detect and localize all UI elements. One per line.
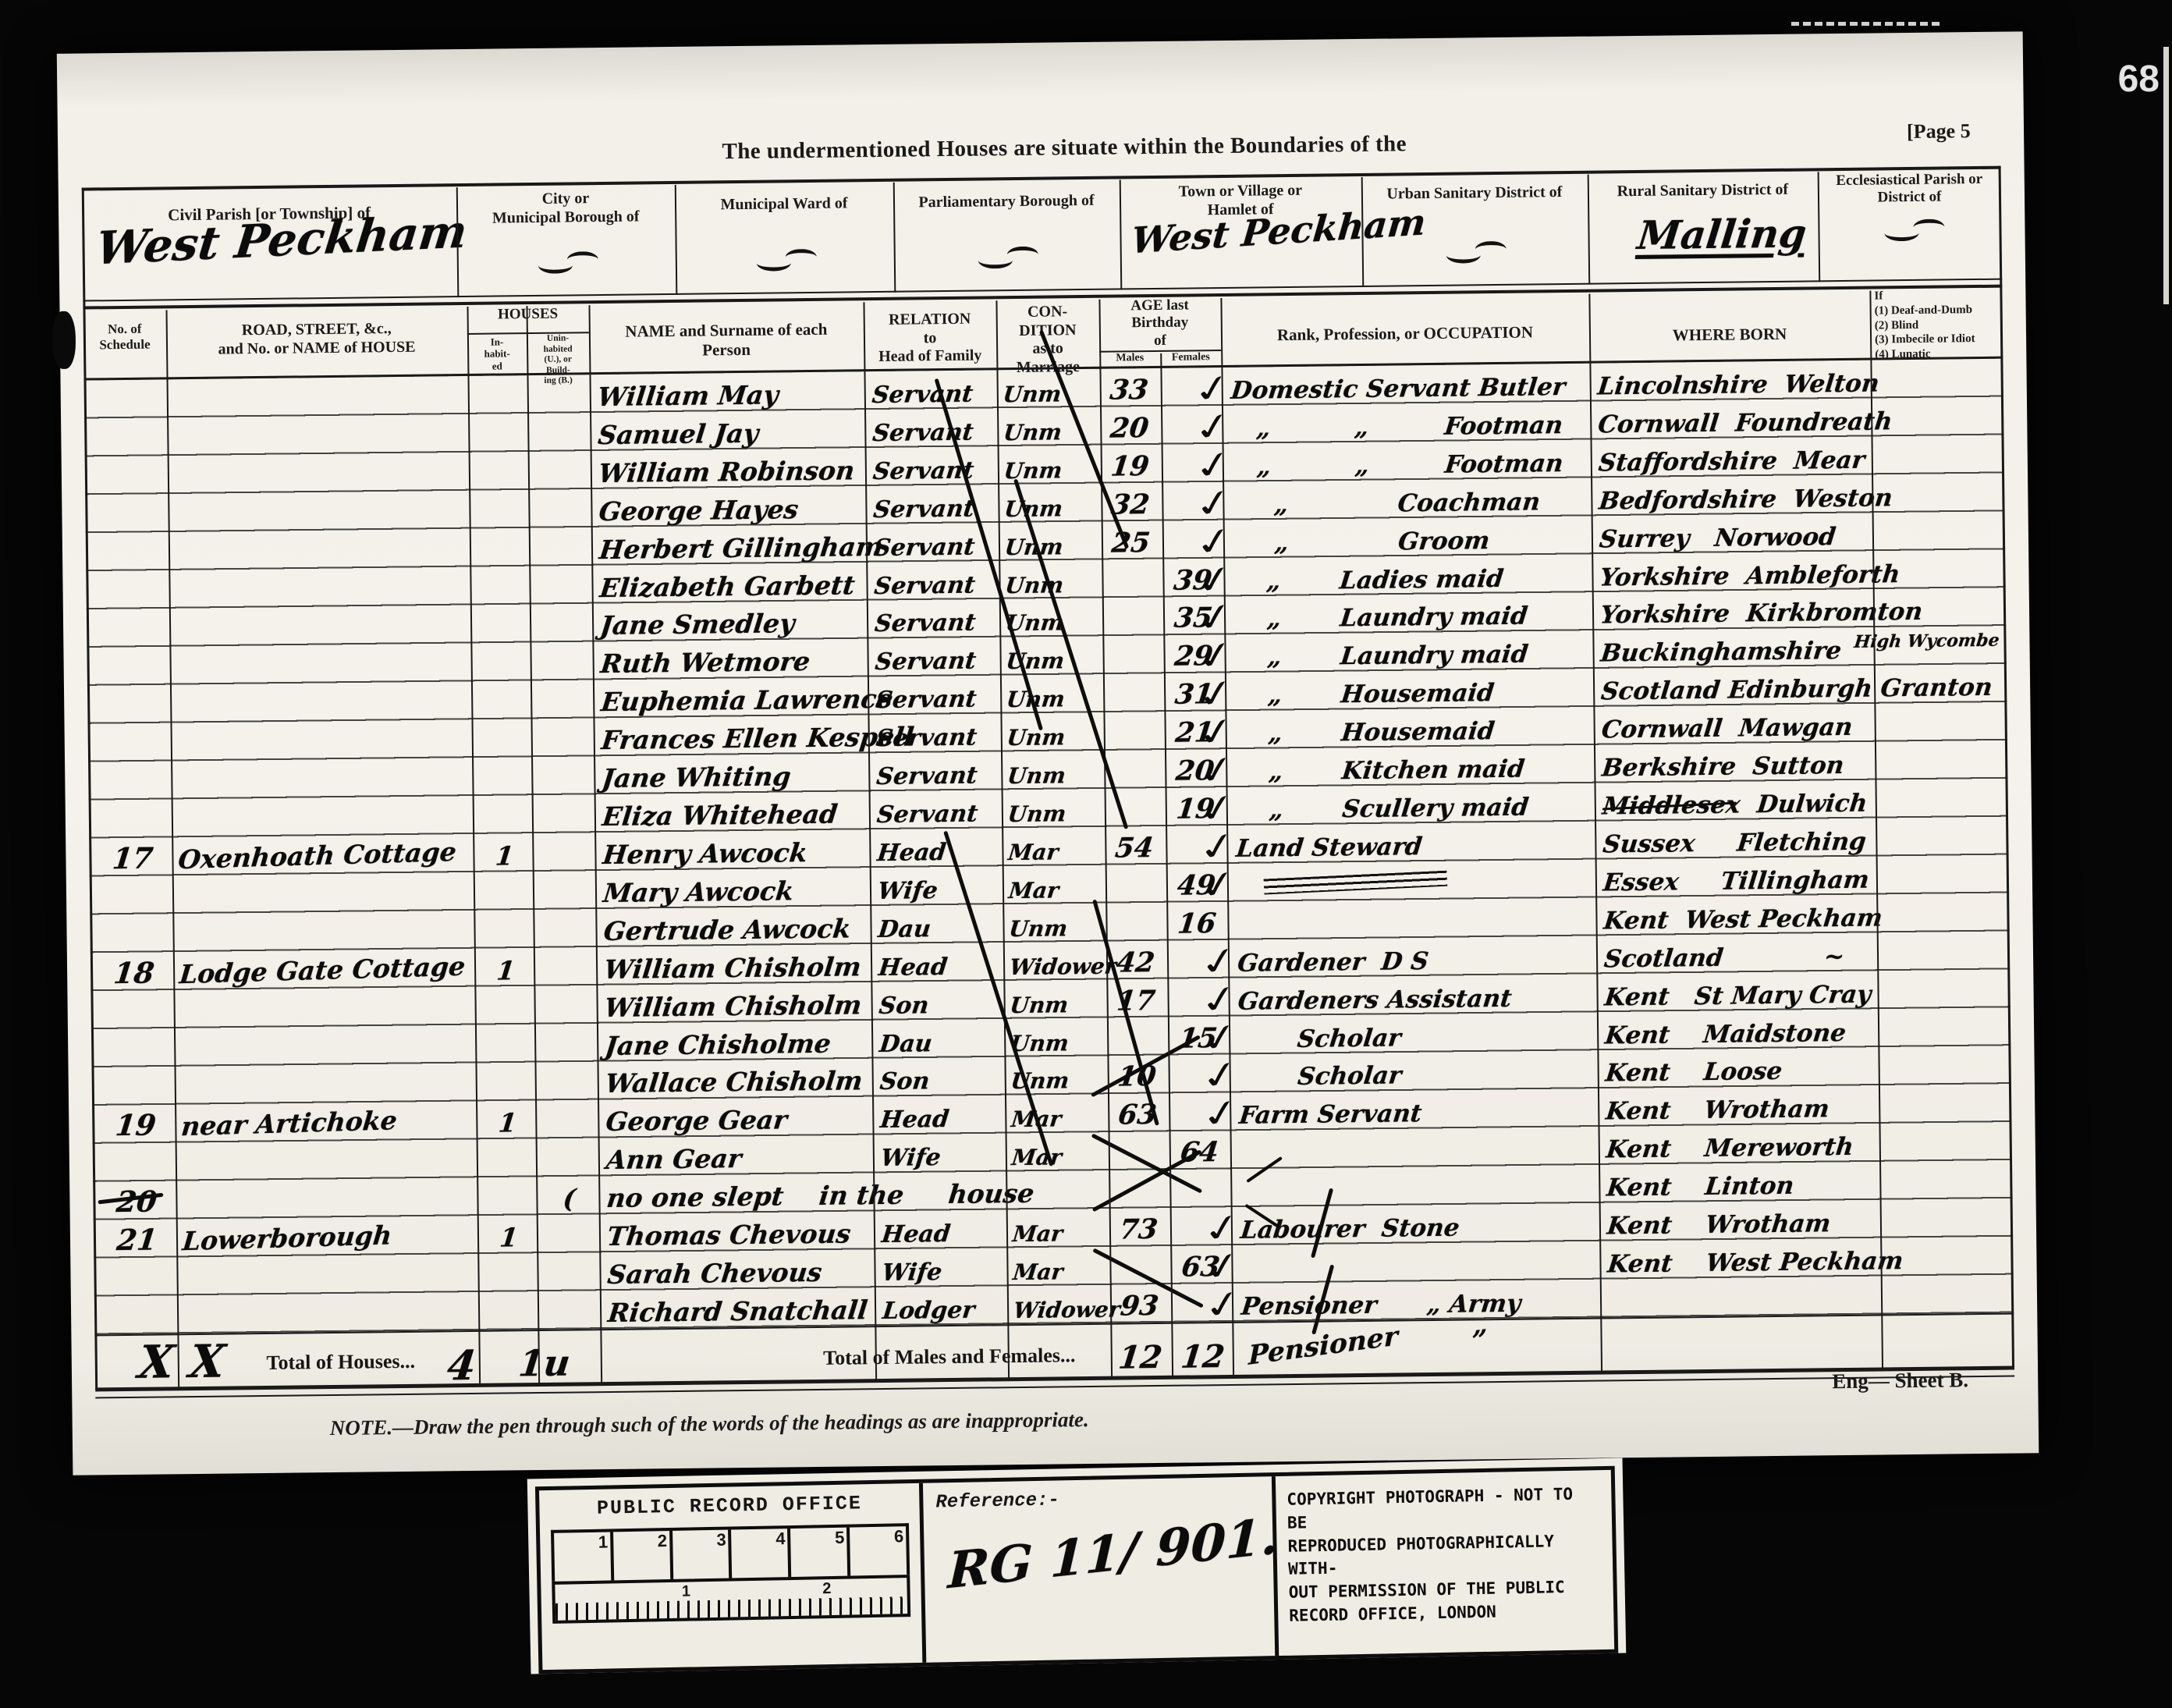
ruler-inch-number: 4 <box>775 1529 786 1549</box>
total-males-females-label: Total of Males and Females... <box>782 1344 1117 1371</box>
age-male: 93 <box>1104 1290 1175 1323</box>
age-male: 10 <box>1102 1060 1173 1093</box>
relation-to-head: Head <box>879 1106 951 1134</box>
relation-to-head: Wife <box>879 1144 942 1172</box>
header-inhabited: In- habit- ed <box>467 336 527 372</box>
birthplace: Buckinghamshire High Wycombe <box>1599 635 2000 668</box>
relation-to-head: Servant <box>871 381 974 410</box>
public-record-office-stamp: PUBLIC RECORD OFFICE 123456 12 Reference… <box>527 1458 1627 1674</box>
occupation: Gardeners Assistant <box>1237 984 1514 1015</box>
marital-condition: Unm <box>1009 1030 1070 1056</box>
marital-condition: Unm <box>1006 724 1066 751</box>
houses-inhabited: 1 <box>477 1222 540 1253</box>
marital-condition: Unm <box>1004 572 1065 598</box>
person-name: Mary Awcock <box>602 875 795 908</box>
relation-to-head: Dau <box>877 915 932 943</box>
schedule-number: 18 <box>92 955 176 990</box>
ruler-centimetres: 12 <box>552 1575 910 1624</box>
ruler-cm-number: 1 <box>682 1583 691 1601</box>
address: near Artichoke <box>180 1106 399 1142</box>
person-name: Gertrude Awcock <box>602 913 853 946</box>
birthplace: Middlesex Dulwich <box>1601 790 1869 821</box>
person-name: Ruth Wetmore <box>599 646 811 679</box>
birthplace: Lincolnshire Welton <box>1596 369 1881 400</box>
ruler-inch-number: 3 <box>716 1530 726 1550</box>
header-relation: RELATION to Head of Family <box>864 310 997 367</box>
header-age: AGE last Birthday of <box>1098 297 1221 350</box>
header-occupation: Rank, Profession, or OCCUPATION <box>1221 322 1589 346</box>
relation-to-head: Son <box>878 1068 931 1096</box>
birthplace-superscript: High Wycombe <box>1841 630 2000 652</box>
age-male: 54 <box>1099 832 1170 865</box>
person-name: Richard Snatchall <box>606 1294 869 1328</box>
age-male: 25 <box>1095 526 1166 559</box>
header-males: Males <box>1099 352 1160 365</box>
ruler-inch-number: 5 <box>835 1528 845 1548</box>
birthplace: Kent Wrotham <box>1606 1209 1832 1240</box>
occupation: Labourer Stone <box>1239 1214 1460 1245</box>
relation-to-head: Head <box>877 953 949 982</box>
census-rows: William May Servant Unm 33 Domestic Serv… <box>84 359 2014 1335</box>
marital-condition: Unm <box>1009 992 1070 1018</box>
relation-to-head: Servant <box>871 418 975 447</box>
ecclesiastical-parish-label: Ecclesiastical Parish or District of <box>1818 171 2001 208</box>
address: Oxenhoath Cottage <box>177 836 458 875</box>
municipal-ward-value <box>757 254 817 275</box>
relation-to-head: Head <box>880 1220 952 1248</box>
occupation: Farm Servant <box>1238 1100 1424 1131</box>
folio-number: 68 <box>2118 58 2160 101</box>
age-female: 16 <box>1161 907 1233 940</box>
ink-blob <box>52 311 76 369</box>
birthplace: Cornwall Foundreath <box>1596 407 1893 439</box>
houses-inhabited: 1 <box>474 840 536 872</box>
ruler-ticks <box>555 1596 907 1621</box>
stamp-office-title: PUBLIC RECORD OFFICE <box>550 1491 908 1521</box>
sheet-label: Eng— Sheet B. <box>1832 1368 1968 1394</box>
marital-condition: Mar <box>1010 1145 1063 1171</box>
total-houses-uninhabited-value: 1u <box>516 1342 572 1385</box>
occupation: Land Steward <box>1235 833 1424 863</box>
pen-squiggle <box>1913 218 1944 235</box>
marital-condition: Mar <box>1007 877 1060 904</box>
total-houses-label: Total of Houses... <box>212 1349 470 1376</box>
ruler-inch-cell: 5 <box>790 1528 850 1577</box>
birthplace: Kent West Peckham <box>1602 904 1884 935</box>
occupation: „ „ Footman <box>1230 411 1565 443</box>
census-sheet: The undermentioned Houses are situate wi… <box>57 31 2039 1475</box>
age-male: 73 <box>1103 1213 1174 1246</box>
urban-sanitary-label: Urban Sanitary District of <box>1361 183 1588 204</box>
person-name: Thomas Chevous <box>605 1219 852 1252</box>
reference-value: RG 11/ 901. <box>947 1507 1279 1601</box>
birthplace: Sussex Fletching <box>1602 828 1868 859</box>
total-females-value: 12 <box>1167 1338 1238 1376</box>
ruler-inch-cell: 6 <box>850 1526 907 1575</box>
birthplace: Surrey Norwood <box>1598 523 1837 553</box>
person-name: Elizabeth Garbett <box>598 570 857 603</box>
ruler-inch-number: 2 <box>657 1531 667 1551</box>
birthplace: Cornwall Mawgan <box>1600 713 1854 744</box>
person-name: Jane Chisholme <box>603 1028 832 1060</box>
person-name: William Chisholm <box>602 951 863 985</box>
birthplace: Bedfordshire Weston <box>1598 484 1894 515</box>
marital-condition: Unm <box>1006 762 1067 789</box>
birthplace: Essex Tillingham <box>1602 865 1871 897</box>
age-male: 63 <box>1102 1099 1173 1131</box>
paper-edge-sliver <box>2163 47 2169 304</box>
relation-to-head: Servant <box>873 571 977 600</box>
person-name: Euphemia Lawrence <box>599 684 894 717</box>
relation-to-head: Lodger <box>881 1297 976 1325</box>
person-name: Herbert Gillingham <box>598 531 885 564</box>
occupation: „ Laundry maid <box>1233 641 1530 672</box>
occupation: „ Scullery maid <box>1234 794 1530 825</box>
marital-condition: Unm <box>1006 801 1067 827</box>
address: Lowerborough <box>181 1220 393 1257</box>
pen-squiggle <box>1475 241 1507 257</box>
person-name: Henry Awcock <box>602 837 809 870</box>
birthplace: Yorkshire Ambleforth <box>1599 560 1902 591</box>
address: Lodge Gate Cottage <box>178 950 467 989</box>
marital-condition: Unm <box>1003 419 1063 446</box>
marital-condition: Unm <box>1005 648 1066 675</box>
city-borough-value <box>538 257 598 278</box>
header-road: ROAD, STREET, &c., and No. or NAME of HO… <box>166 319 468 360</box>
marital-condition: Unm <box>1010 1068 1070 1095</box>
person-name: George Hayes <box>598 494 800 527</box>
person-name: Wallace Chisholm <box>604 1066 864 1099</box>
birthplace: Yorkshire Kirkbromton <box>1599 598 1924 630</box>
ruler-inch-cell: 1 <box>554 1532 614 1581</box>
birthplace: Kent West Peckham <box>1606 1247 1905 1278</box>
marital-condition: Unm <box>1002 381 1063 407</box>
header-females: Females <box>1160 351 1221 364</box>
total-males-value: 12 <box>1105 1339 1176 1376</box>
relation-to-head: Servant <box>875 724 978 753</box>
relation-to-head: Servant <box>873 609 977 638</box>
pen-squiggle <box>1007 247 1038 263</box>
relation-to-head: Son <box>878 992 930 1020</box>
birthplace: Berkshire Sutton <box>1600 751 1845 783</box>
parliamentary-borough-label: Parliamentary Borough of <box>893 191 1120 212</box>
header-where-born: WHERE BORN <box>1589 324 1870 346</box>
birthplace: Kent St Mary Cray <box>1603 980 1872 1011</box>
rural-sanitary-label: Rural Sanitary District of <box>1588 180 1818 201</box>
marital-condition: Mar <box>1012 1259 1065 1285</box>
schedule-number: 21 <box>95 1222 179 1257</box>
relation-to-head: Servant <box>875 762 979 791</box>
age-male: 19 <box>1095 450 1166 483</box>
person-name: William May <box>596 379 780 412</box>
schedule-number: 19 <box>94 1108 178 1143</box>
birthplace: Scotland Edinburgh Granton <box>1599 673 1993 706</box>
occupation: „ Housemaid <box>1233 717 1496 748</box>
ecclesiastical-parish-value <box>1884 224 1944 245</box>
occupation: „ „ Footman <box>1230 449 1564 481</box>
occupation: „ Housemaid <box>1233 679 1496 710</box>
header-schedule: No. of Schedule <box>83 321 166 353</box>
occupation: „ Groom <box>1231 527 1491 558</box>
age-male: 33 <box>1094 374 1165 407</box>
stamp-copyright-section: COPYRIGHT PHOTOGRAPH - NOT TO BE REPRODU… <box>1276 1470 1614 1656</box>
birthplace: Kent Linton <box>1606 1172 1796 1202</box>
occupation: Gardener D S <box>1236 947 1430 978</box>
corner-dashes <box>1791 22 1940 26</box>
pen-squiggle <box>567 251 598 268</box>
person-name: William Robinson <box>597 455 856 488</box>
occupation: Scholar <box>1237 1062 1403 1092</box>
birthplace: Kent Wrotham <box>1604 1095 1830 1126</box>
age-male: 17 <box>1101 984 1172 1017</box>
relation-to-head: Servant <box>872 495 976 524</box>
occupation: „ Ladies maid <box>1232 564 1505 595</box>
houses-uninhabited: ( <box>537 1183 602 1214</box>
header-name: NAME and Surname of each Person <box>589 319 864 361</box>
census-photograph: { "page": { "folio_number": "68", "page_… <box>0 0 2172 1708</box>
ruler-inch-cell: 4 <box>732 1529 792 1578</box>
person-name: Samuel Jay <box>597 418 761 450</box>
relation-to-head: Servant <box>875 801 979 829</box>
relation-to-head: Servant <box>872 533 976 562</box>
age-male: 20 <box>1095 412 1166 445</box>
relation-to-head: Servant <box>874 648 978 676</box>
parliamentary-borough-value <box>978 252 1038 273</box>
person-name: Jane Smedley <box>598 609 796 641</box>
person-name: Jane Whiting <box>601 761 793 794</box>
reference-label: Reference:- <box>935 1486 1259 1513</box>
ruler-inch-number: 6 <box>894 1526 904 1546</box>
birthplace: Kent Mereworth <box>1605 1133 1855 1164</box>
person-name: Sarah Chevous <box>606 1257 824 1290</box>
marital-condition: Mar <box>1007 839 1060 865</box>
occupation: „ Laundry maid <box>1232 602 1529 634</box>
relation-to-head: Wife <box>881 1259 943 1287</box>
birthplace: Scotland ~ <box>1602 943 1846 974</box>
birthplace: Staffordshire Mear <box>1597 446 1866 477</box>
occupation: „ Coachman <box>1231 488 1542 520</box>
header-infirmity: If (1) Deaf-and-Dumb (2) Blind (3) Imbec… <box>1871 288 2006 363</box>
municipal-ward-label: Municipal Ward of <box>675 194 893 215</box>
houses-inhabited: 1 <box>477 1107 539 1138</box>
ruler-inch-cell: 2 <box>613 1531 673 1580</box>
ruler-inches: 123456 <box>551 1523 910 1582</box>
relation-to-head: Servant <box>874 686 978 715</box>
occupation: Scholar <box>1237 1024 1402 1053</box>
pen-squiggle <box>786 249 817 265</box>
relation-to-head: Head <box>876 839 948 867</box>
ruler-inch-cell: 3 <box>673 1529 733 1578</box>
rural-sanitary-value: Malling <box>1635 210 1809 258</box>
urban-sanitary-value <box>1446 247 1507 268</box>
marital-condition: Mar <box>1011 1221 1064 1248</box>
ruler-inch-number: 1 <box>598 1532 609 1553</box>
person-name: William Chisholm <box>603 989 864 1023</box>
houses-inhabited: 1 <box>474 955 537 986</box>
birthplace: Kent Loose <box>1604 1057 1783 1088</box>
ruler-cm-number: 2 <box>822 1580 832 1598</box>
person-name: no one slept in the house <box>605 1178 1036 1213</box>
relation-to-head: Dau <box>878 1030 933 1058</box>
stamp-reference-section: Reference:- RG 11/ 901. <box>923 1476 1279 1663</box>
marital-condition: Unm <box>1003 495 1064 522</box>
schedule-number: 17 <box>91 840 175 875</box>
stamp-ruler-section: PUBLIC RECORD OFFICE 123456 12 <box>539 1483 926 1670</box>
city-borough-label: City or Municipal Borough of <box>456 189 676 228</box>
table-grid: Civil Parish [or Township] of City or Mu… <box>80 32 2016 1475</box>
marital-condition: Unm <box>1003 457 1063 484</box>
stamp-frame: PUBLIC RECORD OFFICE 123456 12 Reference… <box>535 1466 1618 1674</box>
copyright-text: COPYRIGHT PHOTOGRAPH - NOT TO BE REPRODU… <box>1287 1483 1602 1628</box>
occupation: Domestic Servant Butler <box>1230 373 1567 405</box>
relation-to-head: Wife <box>876 877 939 905</box>
person-name: George Gear <box>605 1105 789 1138</box>
marital-condition: Unm <box>1008 915 1069 942</box>
person-name: Eliza Whitehead <box>601 799 839 832</box>
person-name: Ann Gear <box>605 1143 743 1175</box>
occupation: „ Kitchen maid <box>1234 755 1526 787</box>
birthplace: Kent Maidstone <box>1603 1018 1847 1049</box>
